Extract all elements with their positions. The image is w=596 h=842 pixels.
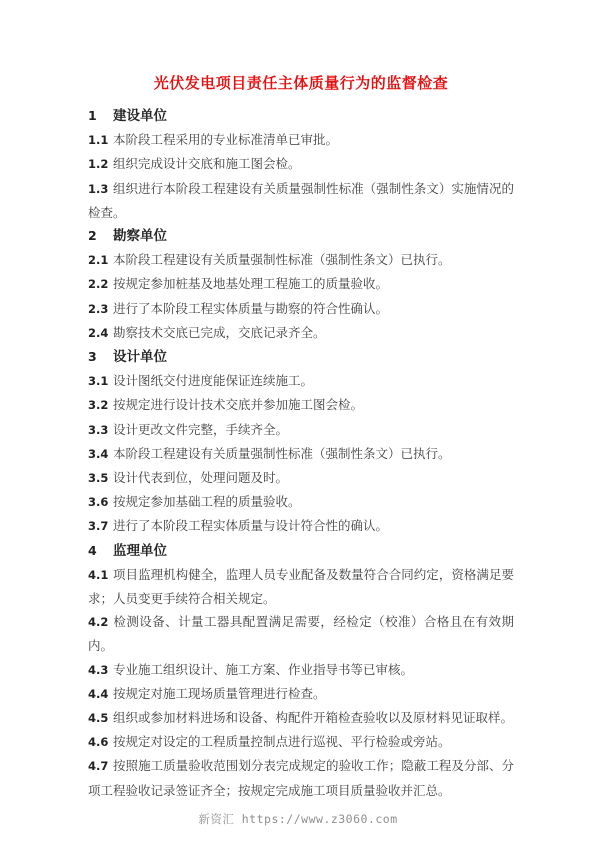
section-title: 监理单位 (113, 543, 167, 559)
item-number: 2.2 (88, 273, 113, 296)
checklist-item: 3.5设计代表到位，处理问题及时。 (88, 466, 514, 490)
section-heading: 3设计单位 (88, 345, 514, 369)
section-survey-unit: 2勘察单位 2.1本阶段工程建设有关质量强制性标准（强制性条文）已执行。 2.2… (88, 224, 514, 345)
item-number: 4.1 (88, 564, 113, 587)
checklist-item: 3.2按规定进行设计技术交底并参加施工图会检。 (88, 393, 514, 417)
checklist-item: 3.4本阶段工程建设有关质量强制性标准（强制性条文）已执行。 (88, 442, 514, 466)
checklist-item: 4.2检测设备、计量工器具配置满足需要，经检定（校准）合格且在有效期内。 (88, 610, 514, 657)
item-number: 3.5 (88, 467, 113, 490)
watermark: 新资汇 https://www.z3060.com (0, 811, 596, 827)
item-number: 2.3 (88, 298, 113, 321)
item-text: 按照施工质量验收范围划分表完成规定的验收工作；隐蔽工程及分部、分项工程验收记录签… (88, 758, 514, 797)
item-text: 组织进行本阶段工程建设有关质量强制性标准（强制性条文）实施情况的检查。 (88, 181, 514, 220)
checklist-item: 4.7按照施工质量验收范围划分表完成规定的验收工作；隐蔽工程及分部、分项工程验收… (88, 754, 514, 801)
checklist-item: 3.7进行了本阶段工程实体质量与设计符合性的确认。 (88, 514, 514, 538)
checklist-item: 4.4按规定对施工现场质量管理进行检查。 (88, 682, 514, 706)
section-construction-unit: 1建设单位 1.1本阶段工程采用的专业标准清单已审批。 1.2组织完成设计交底和… (88, 104, 514, 224)
document-content: 光伏发电项目责任主体质量行为的监督检查 1建设单位 1.1本阶段工程采用的专业标… (88, 72, 514, 802)
item-number: 3.7 (88, 515, 113, 538)
item-text: 本阶段工程采用的专业标准清单已审批。 (113, 132, 338, 147)
item-number: 3.6 (88, 491, 113, 514)
checklist-item: 4.6按规定对设定的工程质量控制点进行巡视、平行检验或旁站。 (88, 730, 514, 754)
document-title: 光伏发电项目责任主体质量行为的监督检查 (88, 72, 514, 95)
section-number: 1 (88, 104, 113, 127)
item-text: 按规定对设定的工程质量控制点进行巡视、平行检验或旁站。 (113, 734, 451, 749)
item-text: 按规定对施工现场质量管理进行检查。 (113, 686, 326, 701)
item-number: 4.7 (88, 755, 113, 778)
item-number: 3.4 (88, 443, 113, 466)
item-number: 4.5 (88, 707, 113, 730)
checklist-item: 2.2按规定参加桩基及地基处理工程施工的质量验收。 (88, 272, 514, 296)
section-title: 勘察单位 (113, 228, 167, 244)
section-heading: 1建设单位 (88, 104, 514, 128)
section-heading: 2勘察单位 (88, 224, 514, 248)
item-text: 按规定参加桩基及地基处理工程施工的质量验收。 (113, 276, 388, 291)
item-number: 4.2 (88, 611, 113, 634)
section-number: 3 (88, 345, 113, 368)
item-number: 4.3 (88, 659, 113, 682)
item-text: 本阶段工程建设有关质量强制性标准（强制性条文）已执行。 (113, 446, 451, 461)
item-text: 设计代表到位，处理问题及时。 (113, 470, 288, 485)
item-number: 3.2 (88, 394, 113, 417)
checklist-item: 2.1本阶段工程建设有关质量强制性标准（强制性条文）已执行。 (88, 248, 514, 272)
item-text: 专业施工组织设计、施工方案、作业指导书等已审核。 (113, 662, 413, 677)
section-heading: 4监理单位 (88, 539, 514, 563)
checklist-item: 2.3进行了本阶段工程实体质量与勘察的符合性确认。 (88, 297, 514, 321)
item-text: 勘察技术交底已完成，交底记录齐全。 (113, 325, 326, 340)
checklist-item: 3.3设计更改文件完整，手续齐全。 (88, 418, 514, 442)
item-number: 1.2 (88, 153, 113, 176)
item-text: 进行了本阶段工程实体质量与设计符合性的确认。 (113, 518, 388, 533)
item-text: 组织完成设计交底和施工图会检。 (113, 156, 301, 171)
item-number: 3.1 (88, 370, 113, 393)
checklist-item: 4.5组织或参加材料进场和设备、构配件开箱检查验收以及原材料见证取样。 (88, 706, 514, 730)
checklist-item: 1.1本阶段工程采用的专业标准清单已审批。 (88, 128, 514, 152)
checklist-item: 4.3专业施工组织设计、施工方案、作业指导书等已审核。 (88, 658, 514, 682)
watermark-text: 新资汇 https://www.z3060.com (198, 812, 397, 826)
item-number: 3.3 (88, 419, 113, 442)
item-text: 设计图纸交付进度能保证连续施工。 (113, 373, 313, 388)
item-number: 1.1 (88, 129, 113, 152)
item-number: 2.4 (88, 322, 113, 345)
checklist-item: 1.2组织完成设计交底和施工图会检。 (88, 152, 514, 176)
item-text: 进行了本阶段工程实体质量与勘察的符合性确认。 (113, 301, 388, 316)
checklist-item: 3.1设计图纸交付进度能保证连续施工。 (88, 369, 514, 393)
item-number: 4.6 (88, 731, 113, 754)
item-text: 按规定参加基础工程的质量验收。 (113, 494, 301, 509)
section-supervision-unit: 4监理单位 4.1项目监理机构健全，监理人员专业配备及数量符合合同约定，资格满足… (88, 539, 514, 802)
document-page: 光伏发电项目责任主体质量行为的监督检查 1建设单位 1.1本阶段工程采用的专业标… (0, 0, 596, 842)
item-text: 本阶段工程建设有关质量强制性标准（强制性条文）已执行。 (113, 252, 451, 267)
checklist-item: 3.6按规定参加基础工程的质量验收。 (88, 490, 514, 514)
item-number: 4.4 (88, 683, 113, 706)
checklist-item: 2.4勘察技术交底已完成，交底记录齐全。 (88, 321, 514, 345)
item-number: 2.1 (88, 249, 113, 272)
item-text: 检测设备、计量工器具配置满足需要，经检定（校准）合格且在有效期内。 (88, 614, 514, 653)
item-text: 按规定进行设计技术交底并参加施工图会检。 (113, 397, 363, 412)
section-number: 4 (88, 539, 113, 562)
item-text: 设计更改文件完整，手续齐全。 (113, 422, 288, 437)
item-number: 1.3 (88, 178, 113, 201)
section-number: 2 (88, 224, 113, 247)
item-text: 组织或参加材料进场和设备、构配件开箱检查验收以及原材料见证取样。 (113, 710, 513, 725)
checklist-item: 1.3组织进行本阶段工程建设有关质量强制性标准（强制性条文）实施情况的检查。 (88, 177, 514, 224)
checklist-item: 4.1项目监理机构健全，监理人员专业配备及数量符合合同约定，资格满足要求；人员变… (88, 563, 514, 610)
section-design-unit: 3设计单位 3.1设计图纸交付进度能保证连续施工。 3.2按规定进行设计技术交底… (88, 345, 514, 539)
section-title: 设计单位 (113, 349, 167, 365)
section-title: 建设单位 (113, 108, 167, 124)
item-text: 项目监理机构健全，监理人员专业配备及数量符合合同约定，资格满足要求；人员变更手续… (88, 567, 514, 606)
